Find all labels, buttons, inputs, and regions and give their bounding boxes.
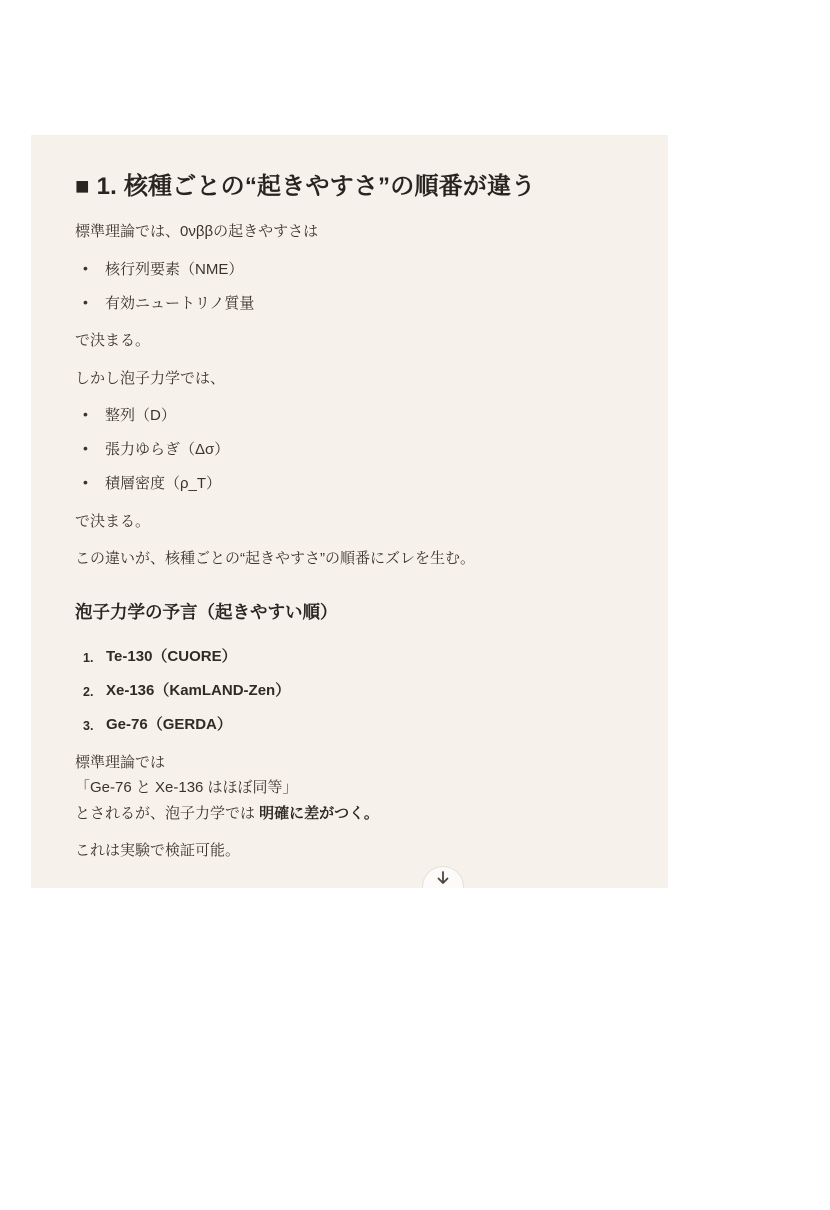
verifiable-paragraph: これは実験で検証可能。 [75, 838, 624, 864]
section-heading: ■ 1. 核種ごとの“起きやすさ”の順番が違う [75, 171, 624, 202]
item-number: 1. [83, 646, 93, 672]
comparison-line-3: とされるが、泡子力学では [75, 805, 259, 822]
standard-theory-list: •核行列要素（NME） •有効ニュートリノ質量 [75, 257, 624, 317]
comparison-line-1: 標準理論では [75, 754, 165, 771]
list-item: •積層密度（ρ_T） [75, 471, 624, 497]
prediction-label: Ge-76（GERDA） [106, 716, 232, 733]
decided-paragraph: で決まる。 [75, 509, 624, 535]
subsection-heading: 泡子力学の予言（起きやすい順） [75, 600, 624, 625]
bullet-icon: • [83, 470, 88, 496]
intro-paragraph: 標準理論では、0νββの起きやすさは [75, 219, 624, 245]
arrow-down-icon [435, 870, 451, 886]
assistant-message-card: ■ 1. 核種ごとの“起きやすさ”の順番が違う 標準理論では、0νββの起きやす… [31, 135, 668, 888]
list-item-label: 張力ゆらぎ（Δσ） [105, 441, 229, 458]
difference-paragraph: この違いが、核種ごとの“起きやすさ”の順番にズレを生む。 [75, 546, 624, 572]
however-paragraph: しかし泡子力学では、 [75, 366, 624, 392]
bubble-mechanics-list: •整列（D） •張力ゆらぎ（Δσ） •積層密度（ρ_T） [75, 403, 624, 497]
list-item: •有効ニュートリノ質量 [75, 291, 624, 317]
item-number: 2. [83, 680, 93, 706]
list-item-label: 核行列要素（NME） [105, 261, 243, 278]
page: { "colors": { "page_background": "#fffff… [0, 0, 830, 1210]
predictions-list: 1.Te-130（CUORE） 2.Xe-136（KamLAND-Zen） 3.… [75, 644, 624, 738]
bullet-icon: • [83, 436, 88, 462]
prediction-item: 3.Ge-76（GERDA） [75, 712, 624, 738]
list-item: •整列（D） [75, 403, 624, 429]
bullet-icon: • [83, 256, 88, 282]
decided-paragraph: で決まる。 [75, 328, 624, 354]
comparison-bold-text: 明確に差がつく。 [259, 805, 379, 822]
prediction-item: 1.Te-130（CUORE） [75, 644, 624, 670]
bullet-icon: • [83, 290, 88, 316]
list-item-label: 整列（D） [105, 407, 176, 424]
prediction-item: 2.Xe-136（KamLAND-Zen） [75, 678, 624, 704]
standard-comparison-paragraph: 標準理論では 「Ge-76 と Xe-136 はほぼ同等」 とされるが、泡子力学… [75, 750, 624, 827]
list-item-label: 積層密度（ρ_T） [105, 475, 221, 492]
prediction-label: Te-130（CUORE） [106, 648, 237, 665]
scroll-to-bottom-button[interactable] [422, 866, 464, 888]
list-item-label: 有効ニュートリノ質量 [105, 295, 254, 312]
comparison-line-2: 「Ge-76 と Xe-136 はほぼ同等」 [75, 779, 298, 796]
bullet-icon: • [83, 402, 88, 428]
list-item: •張力ゆらぎ（Δσ） [75, 437, 624, 463]
item-number: 3. [83, 714, 93, 740]
prediction-label: Xe-136（KamLAND-Zen） [106, 682, 290, 699]
list-item: •核行列要素（NME） [75, 257, 624, 283]
